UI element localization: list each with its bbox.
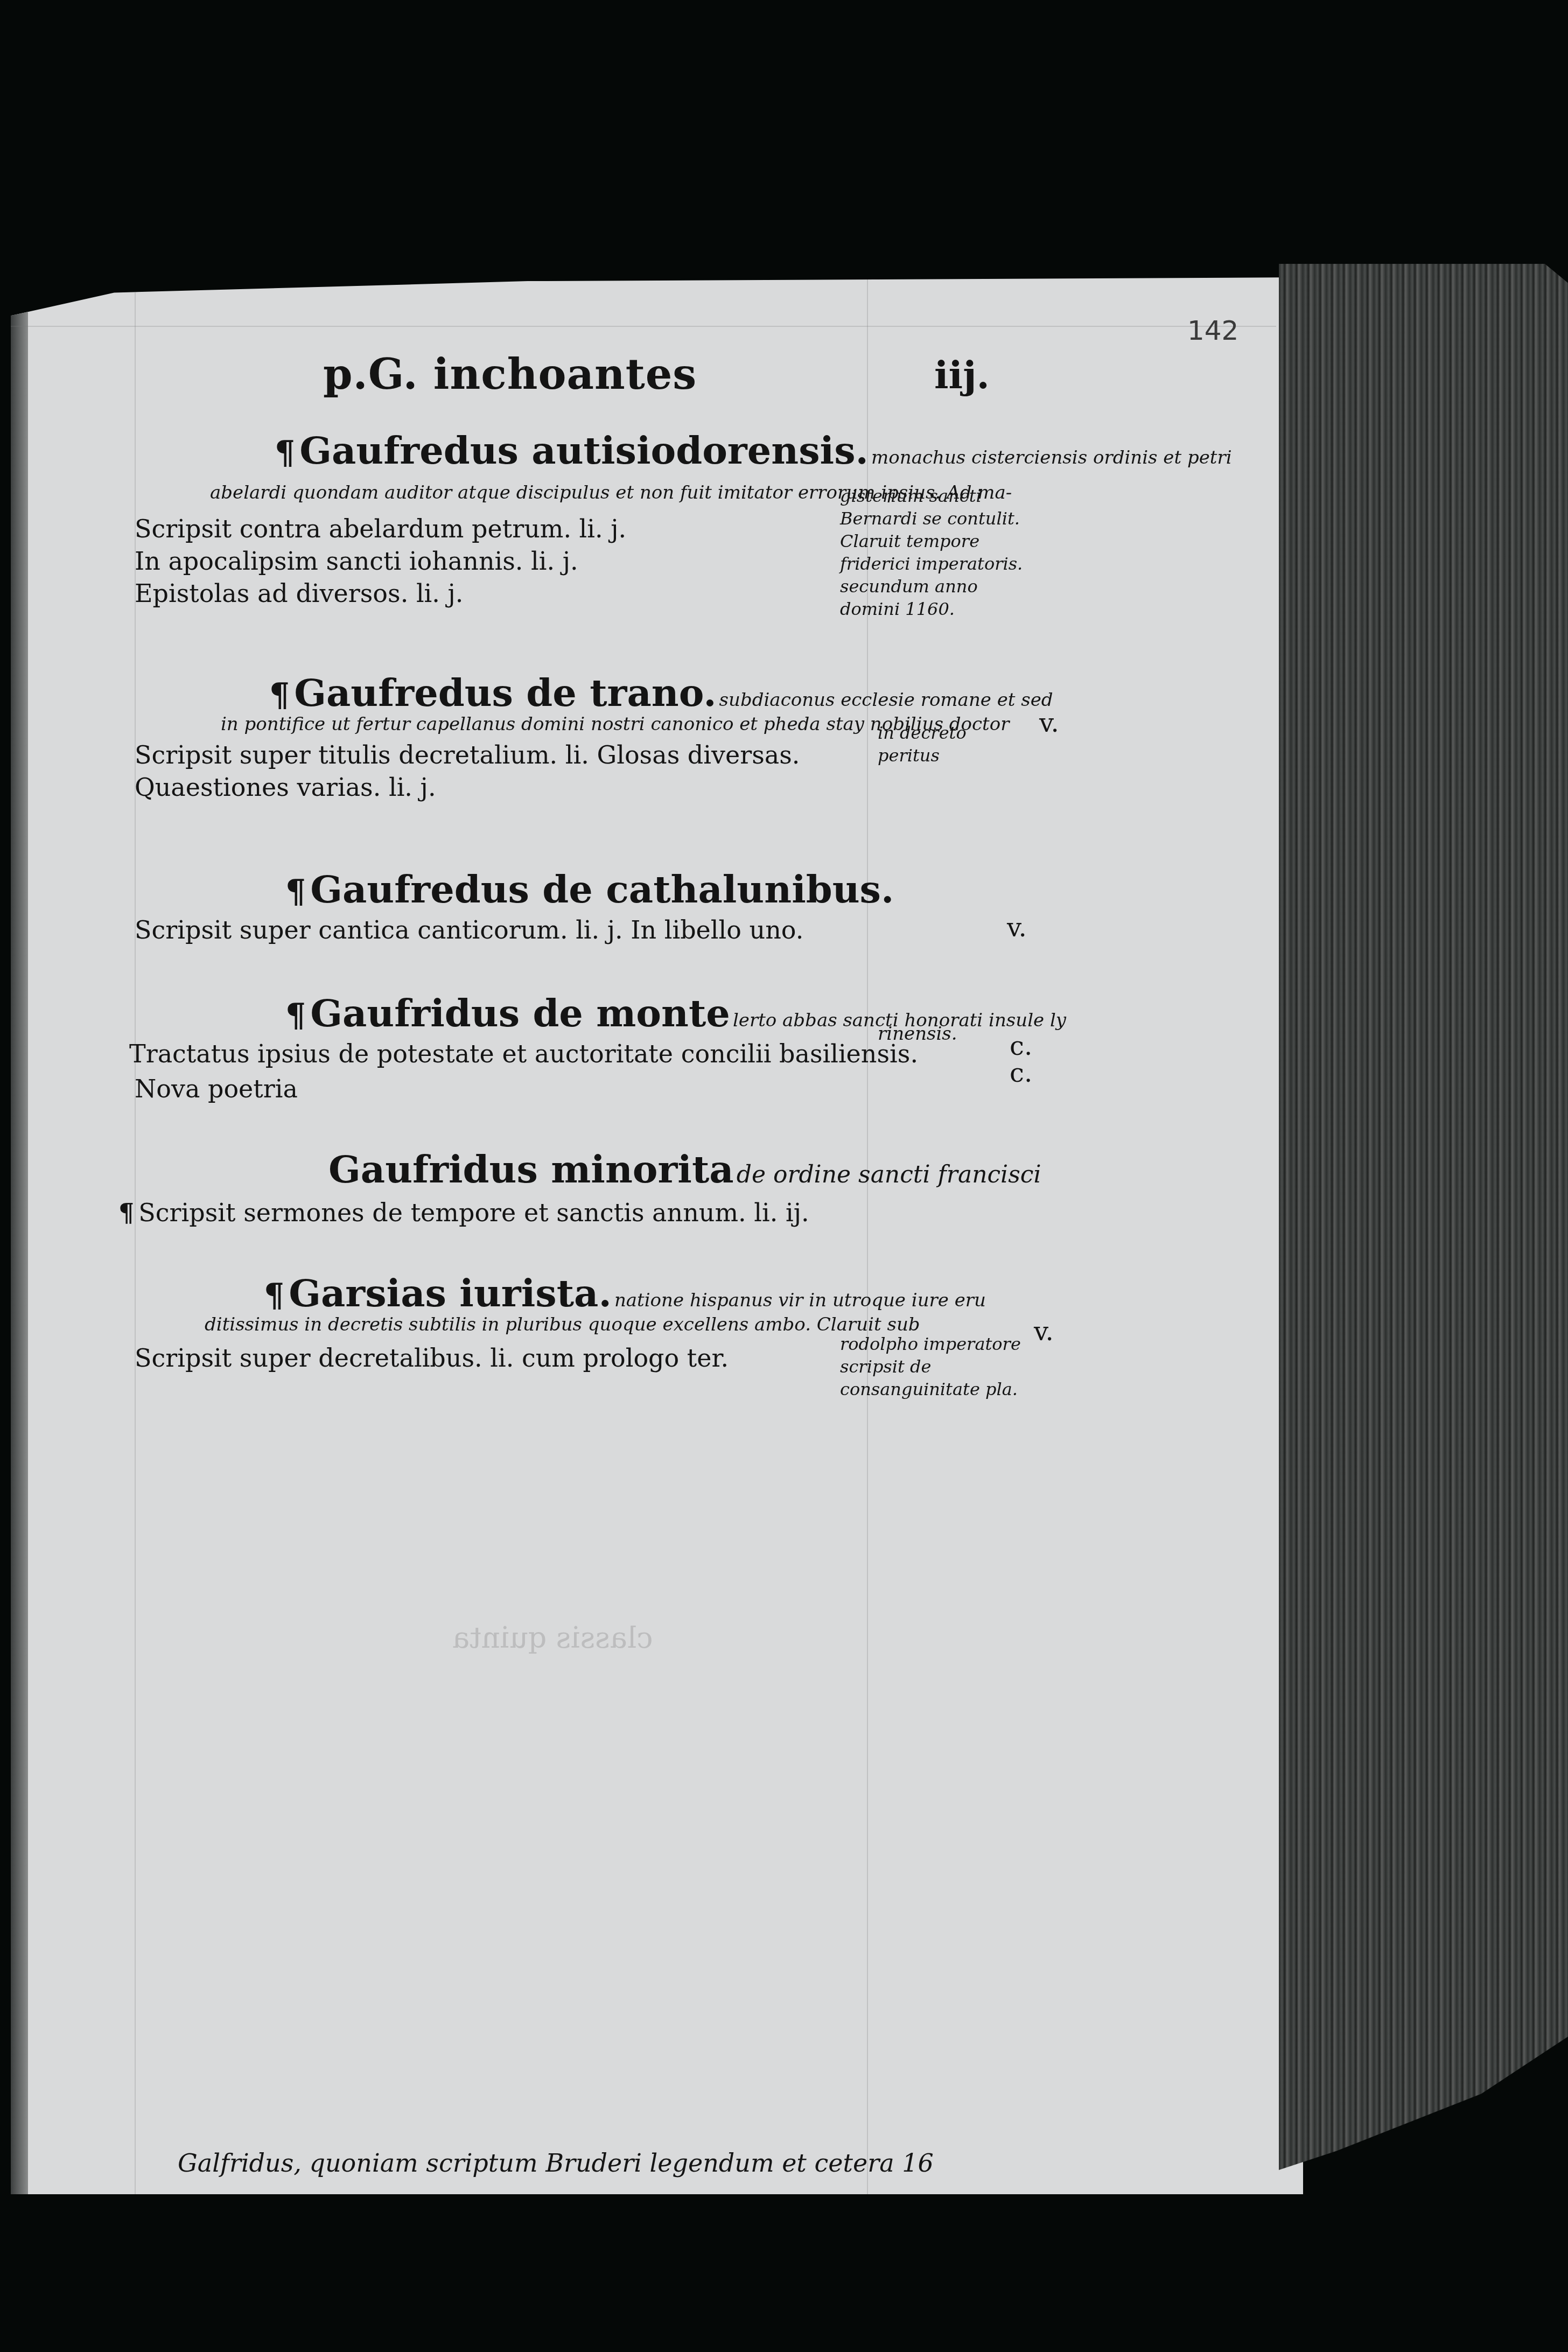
side-note: rodolpho imperatore scripsit de consangu… (840, 1333, 1023, 1401)
entry-heading: Gaufridus de monte (310, 991, 730, 1035)
margin-mark: c. (1010, 1031, 1032, 1061)
entry-heading: Gaufridus minorita (328, 1147, 734, 1192)
quire-mark: iij. (934, 353, 990, 397)
side-note: in decreto peritus (878, 722, 1028, 767)
entry-2: ¶Gaufredus de trano. subdiaconus ecclesi… (269, 670, 1053, 715)
pilcrow-icon: ¶ (285, 997, 306, 1034)
entry-3: ¶Gaufredus de cathalunibus. (285, 867, 894, 912)
margin-mark: v. (1039, 708, 1059, 738)
running-head: p.G. inchoantes (323, 350, 697, 399)
side-note: gisterium sancti Bernardi se contulit. C… (840, 485, 1023, 620)
entry-1: ¶Gaufredus autisiodorensis. monachus cis… (275, 428, 1232, 473)
footer-annotation: Galfridus, quoniam scriptum Bruderi lege… (178, 2148, 934, 2178)
entry-heading: Gaufredus de cathalunibus. (310, 867, 894, 912)
book-fore-edge (1279, 264, 1568, 2170)
pilcrow-icon: ¶ (285, 873, 306, 911)
work-line: Scripsit super decretalibus. li. cum pro… (135, 1343, 729, 1373)
pilcrow-icon: ¶ (264, 1277, 284, 1314)
work-line: Quaestiones varias. li. j. (135, 773, 436, 802)
entry-6: ¶Garsias iurista. natione hispanus vir i… (264, 1271, 986, 1315)
work-line: Scripsit contra abelardum petrum. li. j. (135, 514, 626, 543)
entry-gloss: monachus cisterciensis ordinis et petri (871, 447, 1232, 468)
page-gutter-shadow (11, 299, 28, 2194)
entry-heading: Gaufredus de trano. (294, 670, 716, 715)
entry-gloss: de ordine sancti francisci (737, 1161, 1041, 1188)
work-line: In apocalipsim sancti iohannis. li. j. (135, 547, 578, 576)
entry-gloss: subdiaconus ecclesie romane et sed (719, 689, 1053, 711)
work-line: Epistolas ad diversos. li. j. (135, 579, 463, 608)
work-line: Nova poetria (135, 1074, 298, 1103)
show-through-text: classis quinta (452, 1621, 653, 1655)
pilcrow-icon: ¶ (118, 1198, 134, 1227)
ruling-line-top (11, 326, 1276, 327)
folio-number: 142 (1187, 315, 1238, 346)
entry-5: Gaufridus minorita de ordine sancti fran… (328, 1147, 1041, 1192)
entry-gloss-line: ditissimus in decretis subtilis in pluri… (205, 1314, 920, 1335)
entry-heading: Garsias iurista. (289, 1271, 612, 1315)
work-line: Scripsit super titulis decretalium. li. … (135, 740, 800, 769)
pilcrow-icon: ¶ (275, 434, 295, 472)
entry-heading: Gaufredus autisiodorensis. (299, 428, 869, 473)
work-line: Scripsit super cantica canticorum. li. j… (135, 915, 803, 944)
margin-mark: c. (1010, 1058, 1032, 1088)
work-line: Tractatus ipsius de potestate et auctori… (129, 1039, 918, 1068)
margin-mark: v. (1034, 1317, 1054, 1347)
pilcrow-icon: ¶ (269, 676, 290, 714)
entry-gloss: natione hispanus vir in utroque iure eru (614, 1290, 986, 1311)
margin-mark: v. (1007, 913, 1027, 943)
work-line: ¶Scripsit sermones de tempore et sanctis… (118, 1198, 809, 1227)
